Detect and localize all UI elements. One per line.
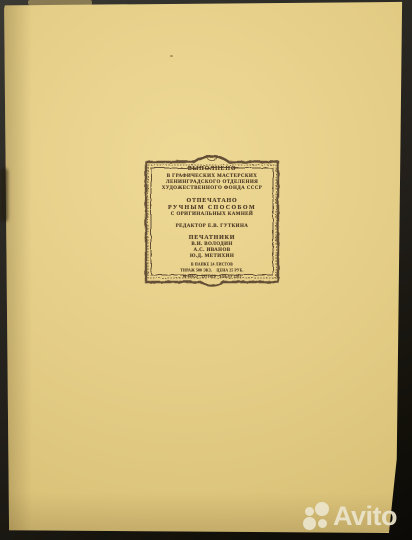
avito-wordmark: Avito	[333, 500, 397, 532]
colophon-line-made-2: ЛЕНИНГРАДСКОГО ОТДЕЛЕНИЯ	[141, 180, 283, 185]
colophon-line-made-title: ВЫПОЛНЕНО	[141, 166, 283, 172]
background-sheet-edge	[28, 0, 92, 5]
colophon-line-printers-title: ПЕЧАТНИКИ	[141, 235, 283, 241]
avito-logo-dot	[315, 502, 329, 516]
colophon-line-printer-3: Ю.Д. МЕТИХИН	[141, 254, 283, 259]
colophon-line-made-3: ХУДОЖЕСТВЕННОГО ФОНДА СССР	[141, 186, 283, 191]
avito-logo-dot	[303, 517, 316, 530]
colophon-line-edition-1: В ПАПКЕ 24 ЛИСТОВ	[168, 263, 256, 267]
book-page: ВЫПОЛНЕНО В ГРАФИЧЕСКИХ МАСТЕРСКИХ ЛЕНИН…	[0, 0, 412, 540]
colophon-line-made-1: В ГРАФИЧЕСКИХ МАСТЕРСКИХ	[141, 174, 283, 179]
page-shadow-left	[4, 4, 32, 532]
avito-logo-dot	[305, 507, 314, 516]
avito-watermark: Avito	[302, 500, 408, 534]
colophon-line-editor: РЕДАКТОР Е.В. ГУТКИНА	[141, 224, 283, 229]
colophon-cartouche: ВЫПОЛНЕНО В ГРАФИЧЕСКИХ МАСТЕРСКИХ ЛЕНИН…	[141, 152, 283, 292]
colophon-line-printed-1: РУЧНЫМ СПОСОБОМ	[141, 205, 283, 211]
avito-logo-dot	[318, 519, 327, 528]
avito-logo-icon	[302, 502, 330, 530]
paper-speck	[170, 55, 173, 57]
colophon-line-edition-2: ТИРАЖ 500 ЭКЗ. ЦЕНА 25 РУБ.	[168, 269, 256, 273]
colophon-line-printed-2: С ОРИГИНАЛЬНЫХ КАМНЕЙ	[141, 212, 283, 217]
colophon-line-edition-3: М-40653 297×420 ЗАКАЗ 1285	[168, 275, 256, 279]
listing-photo: ВЫПОЛНЕНО В ГРАФИЧЕСКИХ МАСТЕРСКИХ ЛЕНИН…	[0, 0, 412, 540]
colophon-line-printer-2: А.С. ИВАНОВ	[141, 248, 283, 253]
colophon-line-printer-1: В.И. ВОЛОДИН	[141, 242, 283, 247]
page-edge-smudge	[0, 168, 8, 222]
colophon-line-printed-title: ОТПЕЧАТАНО	[141, 198, 283, 204]
